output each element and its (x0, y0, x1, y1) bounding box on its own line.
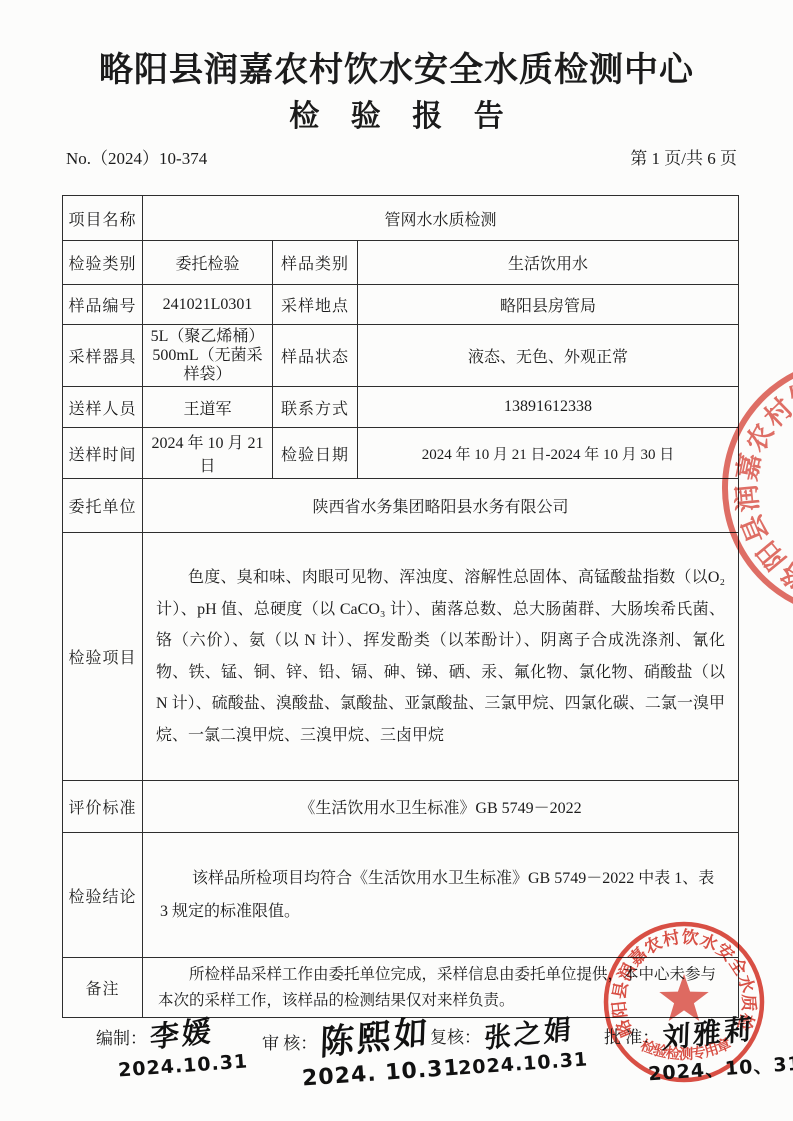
field-label-sending-date: 送样时间 (63, 428, 143, 479)
field-label-sample-type: 样品类别 (273, 241, 358, 285)
table-row: 评价标准 《生活饮用水卫生标准》GB 5749－2022 (63, 781, 739, 833)
field-label-project-name: 项目名称 (63, 196, 143, 241)
table-row: 采样器具 5L（聚乙烯桶） 500mL（无菌采样袋） 样品状态 液态、无色、外观… (63, 325, 739, 387)
field-value-sample-type: 生活饮用水 (358, 241, 739, 285)
field-label-inspection-type: 检验类别 (63, 241, 143, 285)
field-value-inspection-type: 委托检验 (143, 241, 273, 285)
field-label-conclusion: 检验结论 (63, 833, 143, 958)
field-value-inspection-items: 色度、臭和味、肉眼可见物、浑浊度、溶解性总固体、高锰酸盐指数（以O₂ 计）、pH… (143, 533, 739, 781)
report-title: 检 验 报 告 (0, 91, 793, 135)
page-indicator: 第 1 页/共 6 页 (630, 144, 737, 169)
table-row: 样品编号 241021L0301 采样地点 略阳县房管局 (63, 285, 739, 325)
signature-block-prepared: 编制：李媛 2024.10.31 (96, 1012, 248, 1077)
table-row: 检验类别 委托检验 样品类别 生活饮用水 (63, 241, 739, 285)
field-value-sampling-container: 5L（聚乙烯桶） 500mL（无菌采样袋） (143, 325, 273, 387)
table-row: 检验项目 色度、臭和味、肉眼可见物、浑浊度、溶解性总固体、高锰酸盐指数（以O₂ … (63, 533, 739, 781)
field-value-project-name: 管网水水质检测 (143, 196, 739, 241)
reviewed-label: 审 核： (262, 1034, 317, 1053)
field-label-sample-no: 样品编号 (63, 285, 143, 325)
table-row: 委托单位 陕西省水务集团略阳县水务有限公司 (63, 479, 739, 533)
report-page: 略阳县润嘉农村饮水安全水质检测中心 检 验 报 告 No.（2024）10-37… (0, 0, 793, 1121)
rechecked-signature: 张之娟 (484, 1007, 575, 1056)
inspection-items-text: 色度、臭和味、肉眼可见物、浑浊度、溶解性总固体、高锰酸盐指数（以O₂ 计）、pH… (147, 562, 734, 751)
field-value-sample-sender: 王道军 (143, 387, 273, 428)
report-number: No.（2024）10-374 (66, 144, 207, 169)
report-meta: No.（2024）10-374 第 1 页/共 6 页 (66, 144, 737, 169)
field-label-evaluation-standard: 评价标准 (63, 781, 143, 833)
field-label-remarks: 备注 (63, 958, 143, 1018)
signature-block-approved: 批 准：刘雅莉 2024、10、31 (604, 1012, 793, 1081)
table-row: 送样人员 王道军 联系方式 13891612338 (63, 387, 739, 428)
field-label-sample-status: 样品状态 (273, 325, 358, 387)
rechecked-date: 2024.10.31 (457, 1048, 588, 1079)
report-info-table: 项目名称 管网水水质检测 检验类别 委托检验 样品类别 生活饮用水 样品编号 2… (62, 195, 739, 1018)
field-value-evaluation-standard: 《生活饮用水卫生标准》GB 5749－2022 (143, 781, 739, 833)
field-label-client: 委托单位 (63, 479, 143, 533)
prepared-signature: 李媛 (149, 1008, 214, 1056)
field-label-contact: 联系方式 (273, 387, 358, 428)
field-value-sending-date: 2024 年 10 月 21 日 (143, 428, 273, 479)
prepared-date: 2024.10.31 (117, 1050, 248, 1081)
field-label-sample-sender: 送样人员 (63, 387, 143, 428)
approved-signature: 刘雅莉 (662, 1007, 756, 1057)
table-row: 送样时间 2024 年 10 月 21 日 检验日期 2024 年 10 月 2… (63, 428, 739, 479)
field-label-sampling-location: 采样地点 (273, 285, 358, 325)
field-value-sample-status: 液态、无色、外观正常 (358, 325, 739, 387)
rechecked-label: 复核： (430, 1028, 481, 1047)
field-label-inspection-date: 检验日期 (273, 428, 358, 479)
field-value-sampling-location: 略阳县房管局 (358, 285, 739, 325)
approved-label: 批 准： (604, 1028, 659, 1047)
table-row: 项目名称 管网水水质检测 (63, 196, 739, 241)
field-label-inspection-items: 检验项目 (63, 533, 143, 781)
reviewed-signature: 陈熙如 (320, 1004, 432, 1065)
prepared-label: 编制： (96, 1029, 147, 1048)
field-value-contact: 13891612338 (358, 387, 739, 428)
signature-block-rechecked: 复核：张之娟 2024.10.31 (430, 1012, 588, 1075)
page-title: 略阳县润嘉农村饮水安全水质检测中心 (0, 42, 793, 91)
field-value-sample-no: 241021L0301 (143, 285, 273, 325)
field-value-client: 陕西省水务集团略阳县水务有限公司 (143, 479, 739, 533)
field-label-sampling-container: 采样器具 (63, 325, 143, 387)
